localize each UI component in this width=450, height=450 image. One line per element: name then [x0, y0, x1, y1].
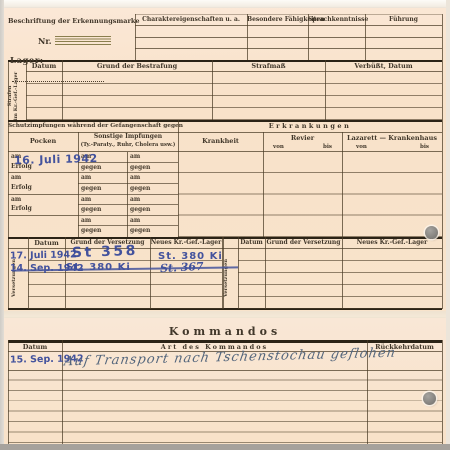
hospital-col-header: Lazarett — Krankenhaus	[342, 135, 442, 142]
vaccination-header: Schutzimpfungen während der Gefangenscha…	[8, 123, 178, 130]
transfer-row1-date-stamp: 17. Juli 1942	[10, 249, 77, 261]
rule-line	[135, 48, 442, 49]
new-camp-header-left: Neues Kr.-Gef.-Lager	[150, 240, 222, 247]
table-right-border	[442, 14, 443, 309]
vacc-am-label: am	[127, 152, 178, 163]
vaccination-section: Schutzimpfungen während der Gefangenscha…	[8, 120, 442, 237]
languages-col-header: Sprachkenntnisse	[308, 17, 365, 24]
vacc-erfolg-label: Erfolg	[11, 205, 78, 215]
vacc-am-label: am	[78, 173, 127, 184]
ruled-rows	[238, 249, 442, 309]
vacc-am-label: am	[127, 216, 178, 227]
vacc-am-label: am	[11, 174, 78, 184]
transfers-side-label-right: Versetzungen	[224, 243, 236, 313]
vacc-gegen-label: gegen	[127, 184, 178, 195]
hospital-to-label: bis	[420, 144, 429, 150]
other-vacc-header-line2: (Ty.-Paraty., Ruhr, Cholera usw.)	[78, 142, 178, 148]
vacc-am-label: am	[78, 195, 127, 206]
conduct-col-header: Führung	[365, 17, 442, 24]
illness-ruled-rows	[178, 152, 442, 237]
new-camp-header-right: Neues Kr.-Gef.-Lager	[342, 240, 442, 247]
date-col-header: Datum	[26, 63, 62, 70]
transfer-row1-reason-stamp: St 358	[72, 243, 138, 261]
scan-edge-bottom	[0, 444, 450, 450]
card-gap-shadow	[0, 311, 450, 318]
infirmary-to-label: bis	[323, 144, 332, 150]
transfer-date-header-left: Datum	[28, 240, 65, 247]
scan-edge-left	[0, 0, 4, 450]
vacc-gegen-label: gegen	[78, 184, 127, 195]
punch-hole	[423, 392, 436, 405]
hospital-from-label: von	[356, 144, 367, 150]
smallpox-col-header: Pocken	[8, 138, 78, 145]
other-vacc-header-line1: Sonstige Impfungen	[78, 134, 178, 141]
vacc-erfolg-label: Erfolg	[11, 184, 78, 194]
vaccination-pair-row	[8, 216, 78, 237]
kommandos-title: Kommandos	[4, 326, 446, 339]
illness-header: Erkrankungen	[178, 123, 442, 130]
rule-line	[135, 14, 442, 15]
ruled-rows	[8, 370, 442, 445]
punishments-table: Strafen im Kr.-Gef.-Lager Datum Grund de…	[8, 60, 442, 120]
transfer-reason-header-right: Grund der Versetzung	[265, 240, 342, 247]
vacc-gegen-label: gegen	[127, 226, 178, 237]
scan-edge-right	[446, 0, 450, 450]
transfers-section: Versetzungen Versetzungen Datum Grund de…	[8, 237, 442, 309]
vacc-am-label: am	[11, 196, 78, 206]
vacc-am-label: am	[127, 173, 178, 184]
transfer-date-header-right: Datum	[238, 240, 265, 247]
kommandos-table: Datum Art des Kommandos Rückkehrdatum 15…	[8, 340, 442, 445]
vacc-gegen-label: gegen	[127, 205, 178, 216]
disease-col-header: Krankheit	[178, 138, 263, 145]
vacc-gegen-label: gegen	[127, 163, 178, 174]
rule-line	[8, 132, 442, 133]
infirmary-col-header: Revier	[263, 135, 342, 142]
vacc-gegen-label: gegen	[78, 205, 127, 216]
traits-col-header: Charaktereigenschaften u. a.	[135, 17, 247, 24]
table-right-border	[442, 340, 443, 445]
vacc-am-label: am	[127, 195, 178, 206]
record-card-front: Beschriftung der Erkennungsmarke Nr. Lag…	[4, 8, 446, 311]
vacc-gegen-label: gegen	[78, 226, 127, 237]
traits-table: Charaktereigenschaften u. a. Besondere F…	[8, 14, 442, 60]
vacc-am-label: am	[78, 216, 127, 227]
record-card-kommandos: Kommandos Datum Art des Kommandos Rückke…	[4, 318, 446, 445]
pow-record-card-scan: Beschriftung der Erkennungsmarke Nr. Lag…	[0, 0, 450, 450]
punishment-measure-header: Strafmaß	[212, 63, 325, 70]
other-vacc-column-2: am gegen am gegen am gegen am gegen	[127, 152, 178, 237]
scan-edge-top	[0, 0, 450, 8]
served-date-header: Verbüßt, Datum	[325, 63, 442, 70]
ruled-rows	[26, 72, 442, 120]
infirmary-from-label: von	[273, 144, 284, 150]
abilities-col-header: Besondere Fähigkeiten	[247, 17, 308, 24]
vaccination-date-stamp: 16. Juli 1942	[14, 152, 98, 167]
rule-line	[135, 37, 442, 38]
rule-line	[135, 25, 442, 26]
punishment-reason-header: Grund der Bestrafung	[62, 63, 212, 70]
vaccination-pair-row: am Erfolg	[8, 173, 78, 194]
punishments-side-line2: im Kr.-Gef.-Lager	[14, 66, 20, 126]
punishments-side-label: Strafen im Kr.-Gef.-Lager	[8, 66, 26, 126]
punch-hole	[425, 226, 438, 239]
vaccination-pair-row: am Erfolg	[8, 195, 78, 216]
